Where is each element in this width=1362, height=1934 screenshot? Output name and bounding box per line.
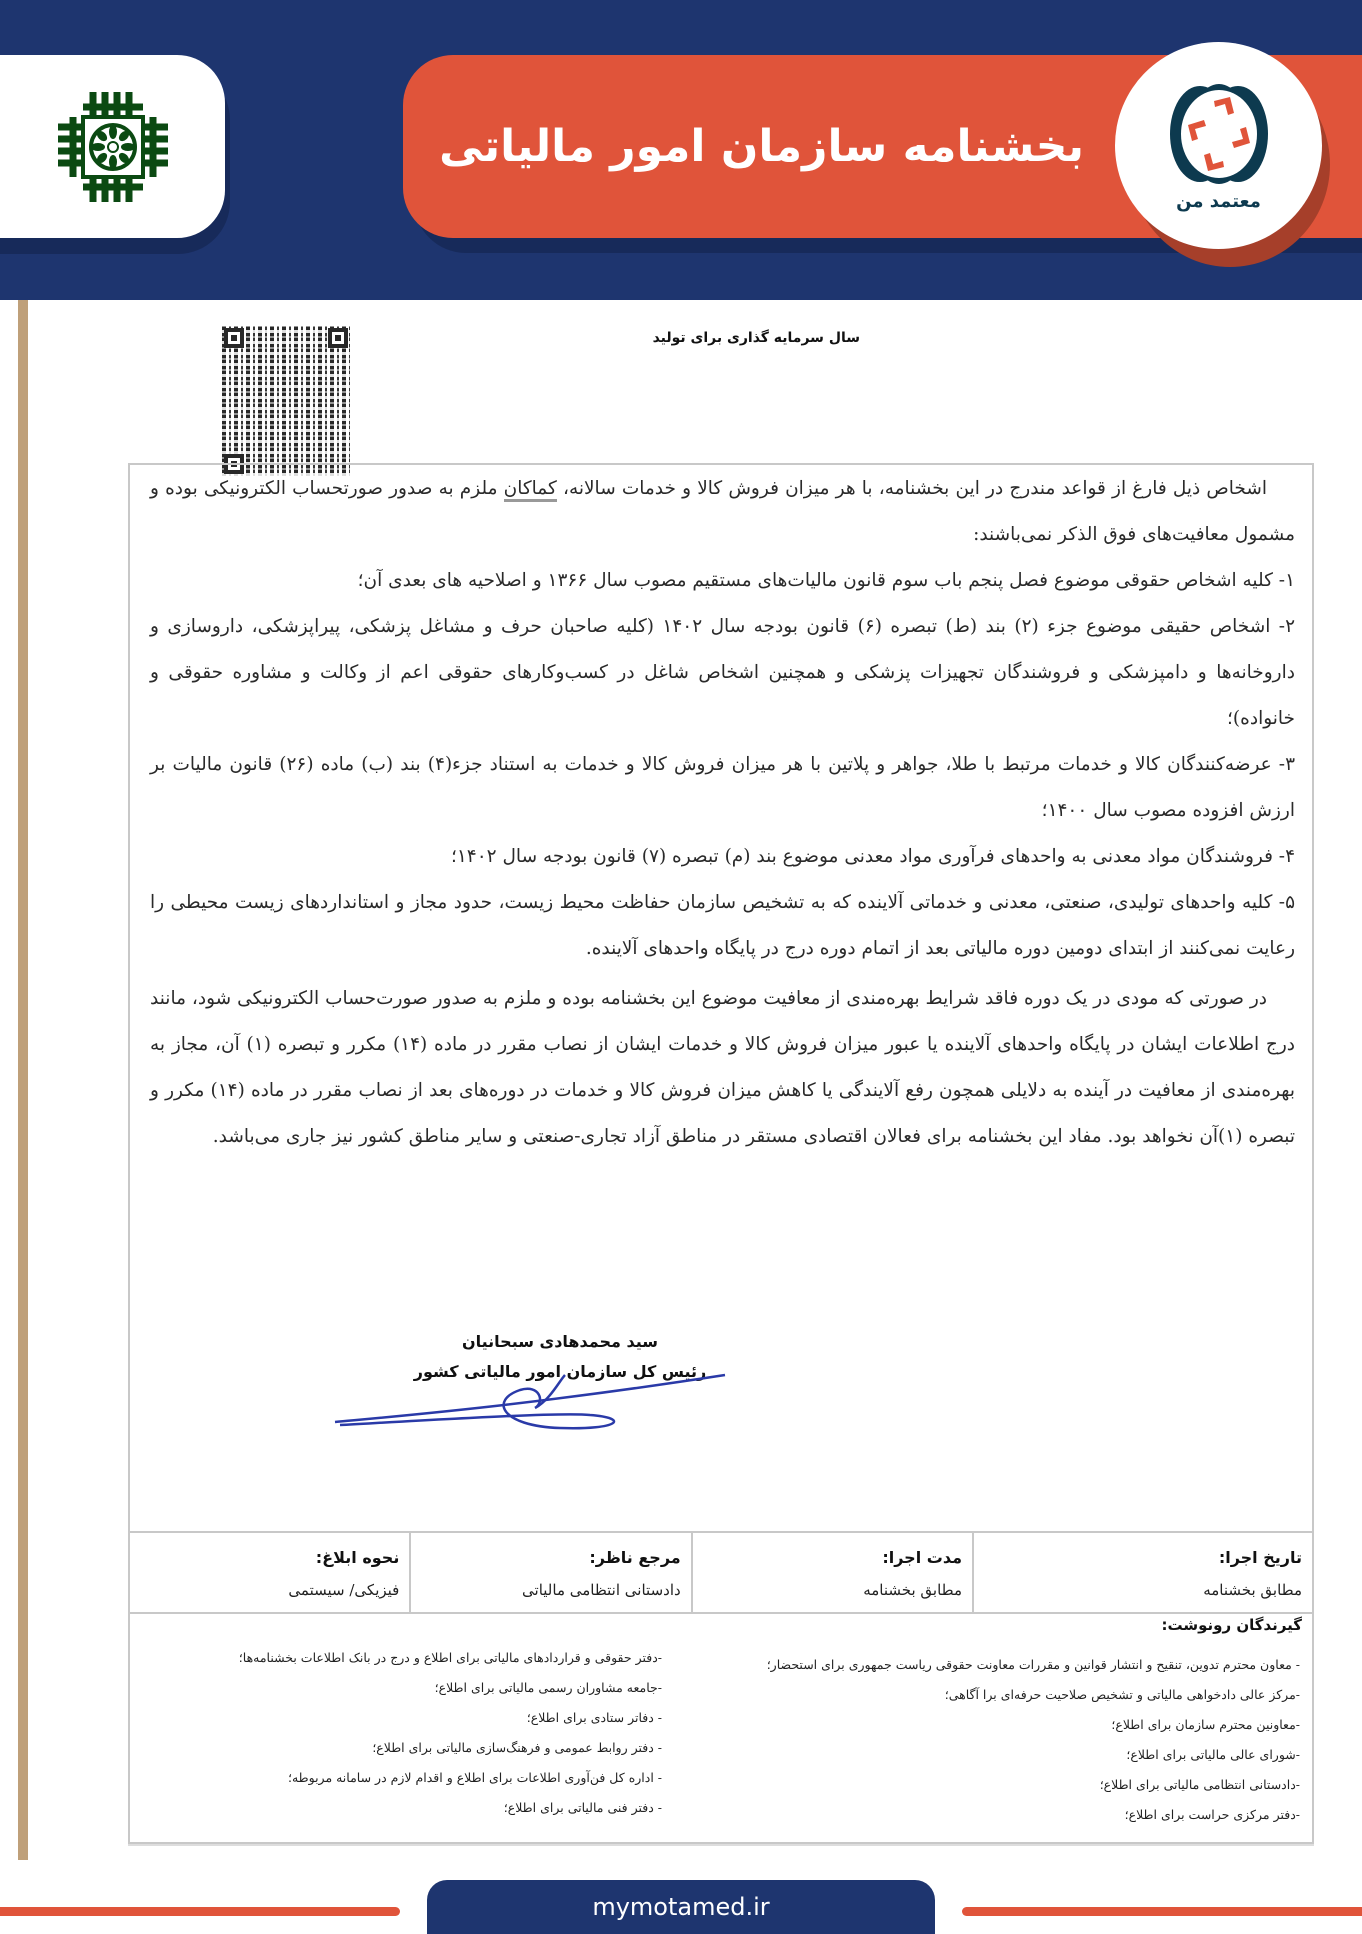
motamed-logo-icon	[1164, 79, 1274, 189]
meta-cell-supervising-authority: مرجع ناظر: دادستانی انتظامی مالیاتی	[409, 1533, 690, 1612]
list-item: ۲- اشخاص حقیقی موضوع جزء (۲) بند (ط) تبص…	[150, 604, 1295, 742]
meta-label: مرجع ناظر:	[421, 1543, 680, 1573]
signature-scribble-icon	[330, 1370, 730, 1430]
list-item: ۵- کلیه واحدهای تولیدی، صنعتی، معدنی و خ…	[150, 880, 1295, 972]
list-item: ۱- کلیه اشخاص حقوقی موضوع فصل پنجم باب س…	[150, 558, 1295, 604]
qr-code-icon[interactable]	[222, 326, 350, 476]
cc-item: -مرکز عالی دادخواهی مالیاتی و تشخیص صلاح…	[700, 1680, 1300, 1710]
qr-finder-pattern	[328, 328, 348, 348]
brand-name: معتمد من	[1176, 191, 1261, 212]
meta-cell-notification-method: نحوه ابلاغ: فیزیکی/ سیستمی	[130, 1533, 409, 1612]
meta-value: فیزیکی/ سیستمی	[140, 1573, 399, 1607]
cc-right-column: - معاون محترم تدوین، تنقیح و انتشار قوان…	[700, 1650, 1300, 1830]
cc-item: - معاون محترم تدوین، تنقیح و انتشار قوان…	[700, 1650, 1300, 1680]
document-slogan: سال سرمایه گذاری برای تولید	[653, 330, 860, 346]
website-link[interactable]: mymotamed.ir	[427, 1880, 935, 1934]
cc-item: - دفتر روابط عمومی و فرهنگ‌سازی مالیاتی …	[102, 1733, 662, 1763]
meta-label: مدت اجرا:	[703, 1543, 962, 1573]
cc-item: -جامعه مشاوران رسمی مالیاتی برای اطلاع؛	[102, 1673, 662, 1703]
cc-item: -دادستانی انتظامی مالیاتی برای اطلاع؛	[700, 1770, 1300, 1800]
cc-item: - دفاتر ستادی برای اطلاع؛	[102, 1703, 662, 1733]
execution-details-table: تاریخ اجرا: مطابق بخشنامه مدت اجرا: مطاب…	[128, 1531, 1314, 1614]
cc-item: -معاونین محترم سازمان برای اطلاع؛	[700, 1710, 1300, 1740]
list-item: ۴- فروشندگان مواد معدنی به واحدهای فرآور…	[150, 834, 1295, 880]
meta-value: دادستانی انتظامی مالیاتی	[421, 1573, 680, 1607]
underlined-word: کماکان	[504, 478, 557, 502]
meta-value: مطابق بخشنامه	[984, 1573, 1302, 1607]
cc-item: -دفتر حقوقی و قراردادهای مالیاتی برای اط…	[102, 1643, 662, 1673]
tax-emblem-icon	[53, 87, 173, 207]
meta-label: نحوه ابلاغ:	[140, 1543, 399, 1573]
cc-left-column: -دفتر حقوقی و قراردادهای مالیاتی برای اط…	[102, 1643, 662, 1823]
cc-item: -دفتر مرکزی حراست برای اطلاع؛	[700, 1800, 1300, 1830]
meta-cell-execution-duration: مدت اجرا: مطابق بخشنامه	[691, 1533, 972, 1612]
signatory-name: سید محمدهادی سبحانیان	[395, 1327, 725, 1357]
cc-title: گیرندگان رونوشت:	[1162, 1616, 1302, 1634]
footer-accent-line	[962, 1907, 1362, 1916]
list-item: ۳- عرضه‌کنندگان کالا و خدمات مرتبط با طل…	[150, 742, 1295, 834]
header-banner: بخشنامه سازمان امور مالیاتی معتمد من	[0, 0, 1362, 300]
tax-emblem-card	[0, 55, 225, 238]
meta-cell-execution-date: تاریخ اجرا: مطابق بخشنامه	[972, 1533, 1312, 1612]
cc-item: -شورای عالی مالیاتی برای اطلاع؛	[700, 1740, 1300, 1770]
cc-item: - اداره کل فن‌آوری اطلاعات برای اطلاع و …	[102, 1763, 662, 1793]
intro-text: اشخاص ذیل فارغ از قواعد مندرج در این بخش…	[557, 478, 1267, 499]
decorative-left-strip	[18, 300, 28, 1860]
brand-logo: معتمد من	[1115, 42, 1322, 249]
footer-accent-line	[0, 1907, 400, 1916]
closing-paragraph: در صورتی که مودی در یک دوره فاقد شرایط ب…	[150, 976, 1295, 1160]
cc-item: - دفتر فنی مالیاتی برای اطلاع؛	[102, 1793, 662, 1823]
intro-paragraph: اشخاص ذیل فارغ از قواعد مندرج در این بخش…	[150, 466, 1295, 558]
document-body: اشخاص ذیل فارغ از قواعد مندرج در این بخش…	[150, 466, 1295, 1160]
page-title: بخشنامه سازمان امور مالیاتی	[439, 55, 1084, 238]
meta-label: تاریخ اجرا:	[984, 1543, 1302, 1573]
meta-value: مطابق بخشنامه	[703, 1573, 962, 1607]
qr-finder-pattern	[224, 328, 244, 348]
